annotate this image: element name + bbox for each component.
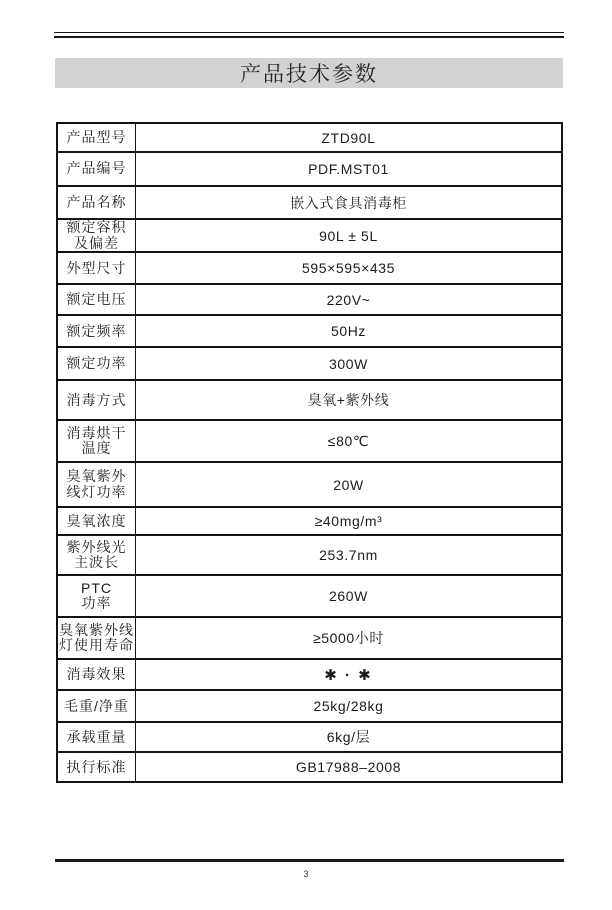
table-row: 臭氧浓度 ≥40mg/m³	[57, 507, 562, 535]
spec-value: ≥5000小时	[136, 617, 563, 659]
spec-value: ≤80℃	[136, 420, 563, 462]
spec-label: PTC 功率	[57, 575, 136, 617]
spec-label: 消毒烘干 温度	[57, 420, 136, 462]
spec-label: 额定频率	[57, 315, 136, 347]
page-title-banner: 产品技术参数	[55, 58, 563, 88]
spec-label: 额定功率	[57, 347, 136, 380]
spec-label: 臭氧紫外线 灯使用寿命	[57, 617, 136, 659]
bottom-rule	[55, 859, 564, 862]
spec-value: 260W	[136, 575, 563, 617]
spec-label: 臭氧紫外 线灯功率	[57, 462, 136, 507]
spec-value: ≥40mg/m³	[136, 507, 563, 535]
top-rule-thin	[54, 32, 564, 33]
spec-label: 消毒方式	[57, 380, 136, 420]
table-row: 承载重量 6kg/层	[57, 722, 562, 752]
table-row: 额定频率 50Hz	[57, 315, 562, 347]
spec-label: 消毒效果	[57, 659, 136, 690]
table-row: 紫外线光 主波长 253.7nm	[57, 535, 562, 575]
table-row: 额定容积 及偏差 90L ± 5L	[57, 219, 562, 252]
table-row: 消毒效果 ✱ · ✱	[57, 659, 562, 690]
top-rule-thick	[54, 36, 564, 39]
spec-value: 595×595×435	[136, 252, 563, 284]
table-row: 产品名称 嵌入式食具消毒柜	[57, 186, 562, 219]
spec-value: GB17988–2008	[136, 752, 563, 782]
table-row: 毛重/净重 25kg/28kg	[57, 690, 562, 722]
table-row: PTC 功率 260W	[57, 575, 562, 617]
table-row: 臭氧紫外 线灯功率 20W	[57, 462, 562, 507]
spec-label: 承载重量	[57, 722, 136, 752]
spec-label: 外型尺寸	[57, 252, 136, 284]
table-row: 额定电压 220V~	[57, 284, 562, 315]
table-row: 臭氧紫外线 灯使用寿命 ≥5000小时	[57, 617, 562, 659]
spec-table: 产品型号 ZTD90L 产品编号 PDF.MST01 产品名称 嵌入式食具消毒柜…	[56, 122, 563, 783]
table-row: 执行标准 GB17988–2008	[57, 752, 562, 782]
spec-label: 额定容积 及偏差	[57, 219, 136, 252]
spec-value: PDF.MST01	[136, 152, 563, 186]
spec-value: ✱ · ✱	[136, 659, 563, 690]
table-row: 产品型号 ZTD90L	[57, 123, 562, 152]
spec-value: 嵌入式食具消毒柜	[136, 186, 563, 219]
spec-label: 臭氧浓度	[57, 507, 136, 535]
spec-value: 90L ± 5L	[136, 219, 563, 252]
spec-value: 6kg/层	[136, 722, 563, 752]
page-number: 3	[0, 869, 612, 879]
spec-value: 220V~	[136, 284, 563, 315]
table-row: 消毒方式 臭氧+紫外线	[57, 380, 562, 420]
spec-value: ZTD90L	[136, 123, 563, 152]
spec-label: 毛重/净重	[57, 690, 136, 722]
spec-value: 臭氧+紫外线	[136, 380, 563, 420]
table-row: 额定功率 300W	[57, 347, 562, 380]
table-row: 消毒烘干 温度 ≤80℃	[57, 420, 562, 462]
spec-label: 执行标准	[57, 752, 136, 782]
spec-value: 25kg/28kg	[136, 690, 563, 722]
page-title: 产品技术参数	[240, 58, 378, 88]
spec-value: 300W	[136, 347, 563, 380]
spec-label: 紫外线光 主波长	[57, 535, 136, 575]
spec-label: 产品编号	[57, 152, 136, 186]
spec-value: 50Hz	[136, 315, 563, 347]
spec-value: 20W	[136, 462, 563, 507]
spec-value: 253.7nm	[136, 535, 563, 575]
table-row: 外型尺寸 595×595×435	[57, 252, 562, 284]
table-row: 产品编号 PDF.MST01	[57, 152, 562, 186]
spec-label: 产品名称	[57, 186, 136, 219]
spec-label: 产品型号	[57, 123, 136, 152]
spec-label: 额定电压	[57, 284, 136, 315]
manual-page: 产品技术参数 产品型号 ZTD90L 产品编号 PDF.MST01 产品名称 嵌…	[0, 0, 612, 910]
